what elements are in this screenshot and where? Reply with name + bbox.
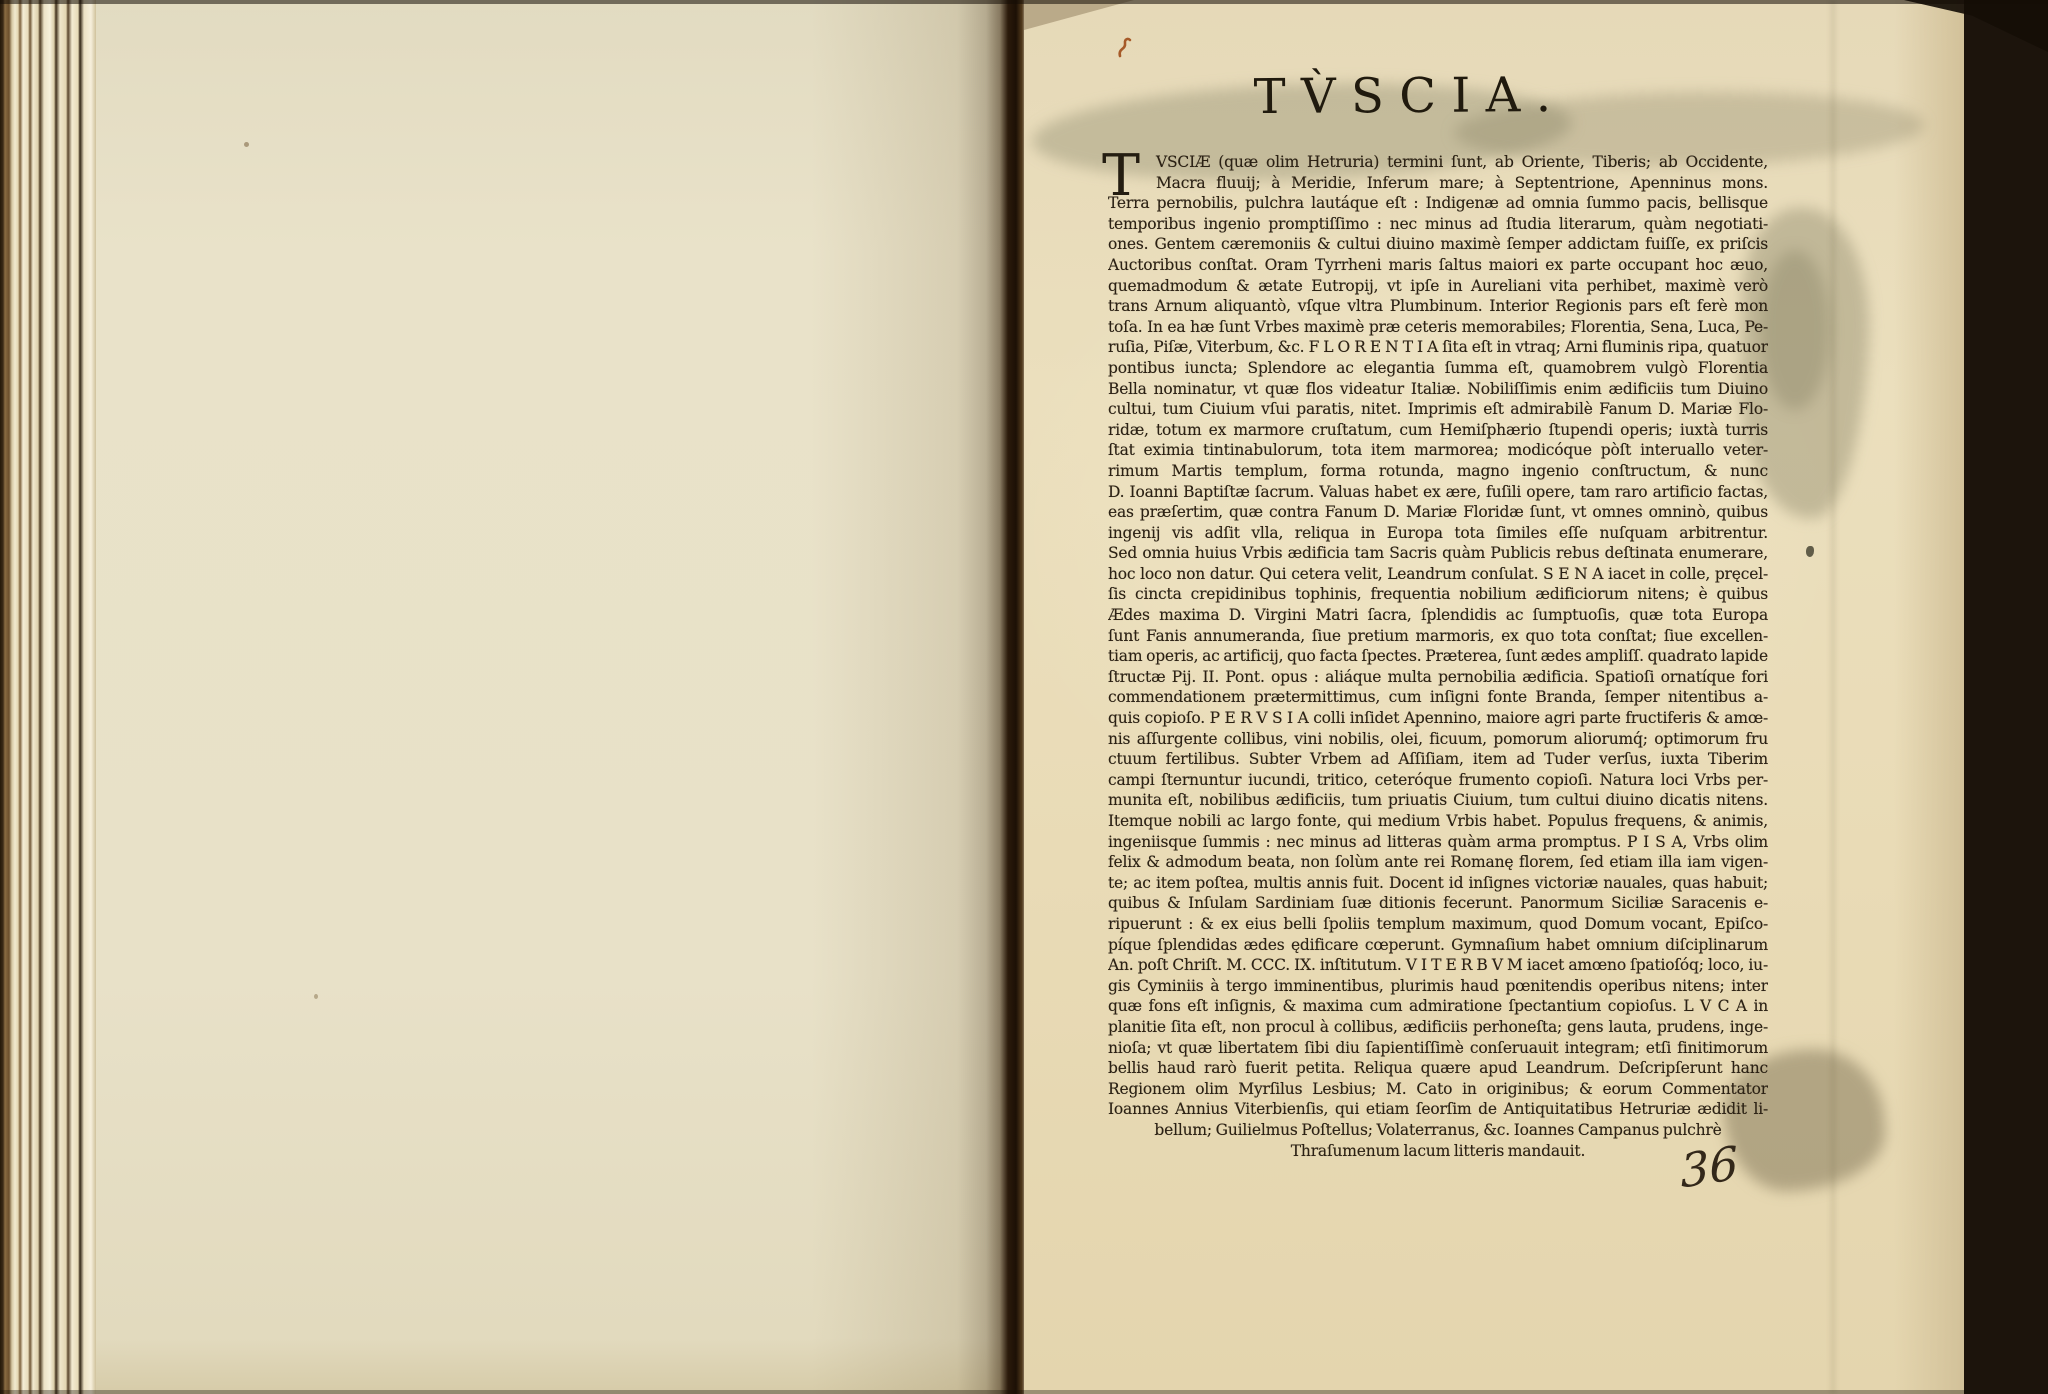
text-line: toſa. In ea hæ ſunt Vrbes maximè præ cet… [1108, 317, 1768, 338]
ink-blot [1806, 546, 1814, 557]
stain-right-margin [1760, 250, 1830, 410]
text-line: te; ac item poſtea, multis annis fuit. D… [1108, 873, 1768, 894]
open-book-photo: TV̀SCIA. T VSCIÆ (quæ olim Hetruria) ter… [0, 0, 2048, 1394]
text-line: ingeniisque ſummis : nec minus ad litter… [1108, 832, 1768, 853]
text-line: Terra pernobilis, pulchra lautáque eſt :… [1108, 193, 1768, 214]
text-line: munita eſt, nobilibus ædificiis, tum pri… [1108, 790, 1768, 811]
text-line: bellis haud rarò fuerit petita. Reliqua … [1108, 1058, 1768, 1079]
page-number: 36 [1679, 1135, 1740, 1198]
text-line: ſtructæ Pij. II. Pont. opus : aliáque mu… [1108, 667, 1768, 688]
text-line: Regionem olim Myrſilus Lesbius; M. Cato … [1108, 1079, 1768, 1100]
text-line: Ædes maxima D. Virgini Matri ſacra, ſple… [1108, 605, 1768, 626]
text-line: ripuerunt : & ex eius belli ſpoliis temp… [1108, 914, 1768, 935]
photo-bottom-edge [0, 1390, 2048, 1394]
text-line: nioſa; vt quæ libertatem ſibi diu ſapien… [1108, 1038, 1768, 1059]
text-line: tiam operis, ac artificij, quo facta ſpe… [1108, 646, 1768, 667]
text-line: trans Arnum aliquantò, vſque vltra Plumb… [1108, 296, 1768, 317]
text-line: píque ſplendidas ædes ędificare cœperunt… [1108, 935, 1768, 956]
rust-ink-mark [1116, 36, 1134, 60]
text-line: Macra fluuij; à Meridie, Inferum mare; à… [1108, 173, 1768, 194]
text-line: campi ſternuntur iucundi, tritico, ceter… [1108, 770, 1768, 791]
photo-top-edge [0, 0, 2048, 4]
fox-spot [314, 994, 318, 999]
text-line: Bella nominatur, vt quæ flos videatur It… [1108, 379, 1768, 400]
text-line: ruſia, Piſæ, Viterbum, &c. F L O R E N T… [1108, 337, 1768, 358]
left-page-edges [0, 0, 96, 1394]
text-line: Auctoribus conſtat. Oram Tyrrheni maris … [1108, 255, 1768, 276]
text-line: nis aſſurgente collibus, vini nobilis, o… [1108, 729, 1768, 750]
text-line: ſis cincta crepidinibus tophinis, freque… [1108, 584, 1768, 605]
text-line: planitie ſita eſt, non procul à collibus… [1108, 1017, 1768, 1038]
text-line: eas præſertim, quæ contra Fanum D. Mariæ… [1108, 502, 1768, 523]
left-blank-page [96, 0, 1012, 1394]
right-text-page: TV̀SCIA. T VSCIÆ (quæ olim Hetruria) ter… [1024, 0, 1964, 1394]
text-line: An. poſt Chriſt. M. CCC. IX. inſtitutum.… [1108, 955, 1768, 976]
text-line: ridæ, totum ex marmore cruſtatum, cum He… [1108, 420, 1768, 441]
body-lines: VSCIÆ (quæ olim Hetruria) termini ſunt, … [1108, 152, 1768, 1161]
text-line: temporibus ingenio promptiſſimo : nec mi… [1108, 214, 1768, 235]
text-line: quis copioſo. P E R V S I A colli inſide… [1108, 708, 1768, 729]
drop-cap-initial: T [1102, 148, 1140, 205]
text-line: Thraſumenum lacum litteris mandauit. [1108, 1141, 1768, 1162]
paper-crease [1830, 0, 1836, 1394]
text-line: D. Ioanni Baptiſtæ ſacrum. Valuas habet … [1108, 482, 1768, 503]
fox-spot [244, 142, 249, 147]
text-line: bellum; Guilielmus Poſtellus; Volaterran… [1108, 1120, 1768, 1141]
text-line: quemadmodum & ætate Eutropij, vt ipſe in… [1108, 276, 1768, 297]
page-title: TV̀SCIA. [1150, 62, 1670, 130]
text-line: pontibus iuncta; Splendore ac elegantia … [1108, 358, 1768, 379]
text-line: Itemque nobili ac largo fonte, qui mediu… [1108, 811, 1768, 832]
text-line: VSCIÆ (quæ olim Hetruria) termini ſunt, … [1108, 152, 1768, 173]
text-line: gis Cyminiis à tergo imminentibus, pluri… [1108, 976, 1768, 997]
text-line: ingenij vis adſit vlla, reliqua in Europ… [1108, 523, 1768, 544]
body-text-block: T VSCIÆ (quæ olim Hetruria) termini ſunt… [1108, 152, 1768, 1161]
text-line: quibus & Inſulam Sardiniam ſuæ ditionis … [1108, 893, 1768, 914]
page-curl-shadow [1024, 0, 1134, 30]
text-line: quæ fons eſt inſignis, & maxima cum admi… [1108, 996, 1768, 1017]
text-line: ſunt Fanis annumeranda, ſiue pretium mar… [1108, 626, 1768, 647]
text-line: ctuum fertilibus. Subter Vrbem ad Aſſiſi… [1108, 749, 1768, 770]
text-line: ſtat eximia tintinabulorum, tota item ma… [1108, 440, 1768, 461]
text-line: rimum Martis templum, forma rotunda, mag… [1108, 461, 1768, 482]
text-line: hoc loco non datur. Qui cetera velit, Le… [1108, 564, 1768, 585]
text-line: Ioannes Annius Viterbienſis, qui etiam ſ… [1108, 1099, 1768, 1120]
text-line: commendationem prætermittimus, cum inſig… [1108, 687, 1768, 708]
text-line: ones. Gentem cæremoniis & cultui diuino … [1108, 234, 1768, 255]
text-line: cultui, tum Ciuium vſui paratis, nitet. … [1108, 399, 1768, 420]
text-line: felix & admodum beata, non ſolùm ante re… [1108, 852, 1768, 873]
text-line: Sed omnia huius Vrbis ædificia tam Sacri… [1108, 543, 1768, 564]
right-page-edges [1964, 0, 2048, 1394]
